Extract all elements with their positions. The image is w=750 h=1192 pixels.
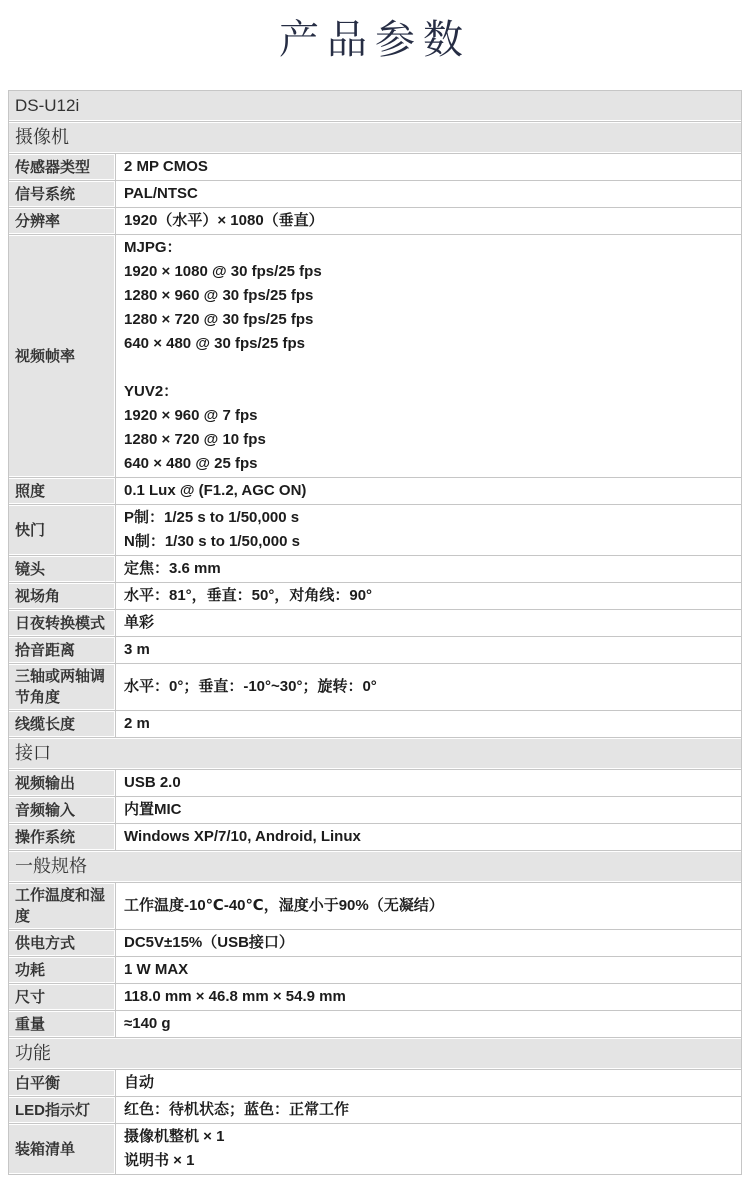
spec-row: 功耗1 W MAX (9, 957, 741, 984)
spec-row-value: 水平：0°；垂直：-10°~30°；旋转：0° (116, 664, 741, 710)
spec-value-line: ≈140 g (124, 1012, 731, 1036)
spec-row-label: 镜头 (9, 556, 116, 582)
spec-row-value: 1 W MAX (116, 957, 741, 983)
spec-row: 尺寸118.0 mm × 46.8 mm × 54.9 mm (9, 984, 741, 1011)
spec-row: 重量≈140 g (9, 1011, 741, 1038)
spec-value-line: 红色：待机状态；蓝色：正常工作 (124, 1098, 731, 1122)
spec-row: 三轴或两轴调节角度水平：0°；垂直：-10°~30°；旋转：0° (9, 664, 741, 711)
spec-value-line: PAL/NTSC (124, 182, 731, 206)
spec-value-line: 1920 × 1080 @ 30 fps/25 fps (124, 260, 731, 284)
spec-row-label: 视频输出 (9, 770, 116, 796)
spec-row: 拾音距离3 m (9, 637, 741, 664)
spec-row: 视频输出USB 2.0 (9, 770, 741, 797)
spec-value-line: MJPG： (124, 236, 731, 260)
spec-row-label: 功耗 (9, 957, 116, 983)
spec-row-label: 视场角 (9, 583, 116, 609)
spec-value-line: 摄像机整机 × 1 (124, 1125, 731, 1149)
spec-row: 信号系统PAL/NTSC (9, 181, 741, 208)
spec-value-line: 1920 × 960 @ 7 fps (124, 404, 731, 428)
spec-value-line: YUV2： (124, 380, 731, 404)
spec-row-value: Windows XP/7/10, Android, Linux (116, 824, 741, 850)
spec-row: 操作系统Windows XP/7/10, Android, Linux (9, 824, 741, 851)
spec-row: 白平衡自动 (9, 1070, 741, 1097)
spec-value-line: 水平：0°；垂直：-10°~30°；旋转：0° (124, 675, 731, 699)
spec-row-value: 单彩 (116, 610, 741, 636)
spec-row: 照度0.1 Lux @ (F1.2, AGC ON) (9, 478, 741, 505)
spec-value-line: USB 2.0 (124, 771, 731, 795)
spec-row-label: 白平衡 (9, 1070, 116, 1096)
product-spec-page: 产品参数 DS-U12i 摄像机传感器类型2 MP CMOS信号系统PAL/NT… (0, 14, 750, 1175)
spec-row-value: 2 MP CMOS (116, 154, 741, 180)
spec-row-label: 拾音距离 (9, 637, 116, 663)
spec-row-value: MJPG：1920 × 1080 @ 30 fps/25 fps1280 × 9… (116, 235, 741, 477)
product-model-row: DS-U12i (9, 91, 741, 122)
spec-row-value: ≈140 g (116, 1011, 741, 1037)
spec-row: 镜头定焦：3.6 mm (9, 556, 741, 583)
spec-row: 音频输入内置MIC (9, 797, 741, 824)
spec-section-header: 接口 (9, 738, 741, 770)
spec-row-label: 装箱清单 (9, 1124, 116, 1174)
spec-row-label: 线缆长度 (9, 711, 116, 737)
spec-row-label: 工作温度和湿度 (9, 883, 116, 929)
spec-value-line: 0.1 Lux @ (F1.2, AGC ON) (124, 479, 731, 503)
spec-row: 视频帧率MJPG：1920 × 1080 @ 30 fps/25 fps1280… (9, 235, 741, 478)
spec-row-value: 摄像机整机 × 1说明书 × 1 (116, 1124, 741, 1174)
spec-row: 传感器类型2 MP CMOS (9, 154, 741, 181)
spec-value-line: 定焦：3.6 mm (124, 557, 731, 581)
spec-value-line: 工作温度-10℃-40℃，湿度小于90%（无凝结） (124, 894, 731, 918)
spec-row-value: 定焦：3.6 mm (116, 556, 741, 582)
spec-row-value: P制：1/25 s to 1/50,000 sN制：1/30 s to 1/50… (116, 505, 741, 555)
spec-row-value: 内置MIC (116, 797, 741, 823)
spec-value-line: 640 × 480 @ 25 fps (124, 452, 731, 476)
spec-row-label: 音频输入 (9, 797, 116, 823)
spec-row-value: 1920（水平）× 1080（垂直） (116, 208, 741, 234)
spec-section-header: 功能 (9, 1038, 741, 1070)
spec-row: 供电方式DC5V±15%（USB接口） (9, 930, 741, 957)
spec-row-label: 供电方式 (9, 930, 116, 956)
spec-value-line: 单彩 (124, 611, 731, 635)
spec-row-label: 三轴或两轴调节角度 (9, 664, 116, 710)
spec-row: 快门P制：1/25 s to 1/50,000 sN制：1/30 s to 1/… (9, 505, 741, 556)
spec-value-line: P制：1/25 s to 1/50,000 s (124, 506, 731, 530)
spec-row: 线缆长度2 m (9, 711, 741, 738)
spec-value-line: Windows XP/7/10, Android, Linux (124, 825, 731, 849)
spec-row-label: 日夜转换模式 (9, 610, 116, 636)
spec-value-line: 118.0 mm × 46.8 mm × 54.9 mm (124, 985, 731, 1009)
spec-row: 工作温度和湿度工作温度-10℃-40℃，湿度小于90%（无凝结） (9, 883, 741, 930)
spec-row-label: 照度 (9, 478, 116, 504)
spec-value-line: 1280 × 720 @ 30 fps/25 fps (124, 308, 731, 332)
spec-row-value: 118.0 mm × 46.8 mm × 54.9 mm (116, 984, 741, 1010)
spec-row-value: PAL/NTSC (116, 181, 741, 207)
product-model: DS-U12i (15, 96, 79, 115)
spec-row-label: 视频帧率 (9, 235, 116, 477)
spec-section-header: 摄像机 (9, 122, 741, 154)
spec-row-label: 重量 (9, 1011, 116, 1037)
spec-row-value: 3 m (116, 637, 741, 663)
spec-value-line: 1280 × 720 @ 10 fps (124, 428, 731, 452)
spec-row-label: 传感器类型 (9, 154, 116, 180)
spec-row-label: 快门 (9, 505, 116, 555)
spec-value-line (124, 356, 731, 380)
spec-value-line: 水平：81°，垂直：50°，对角线：90° (124, 584, 731, 608)
spec-section-header: 一般规格 (9, 851, 741, 883)
spec-row-value: 0.1 Lux @ (F1.2, AGC ON) (116, 478, 741, 504)
spec-row: 分辨率1920（水平）× 1080（垂直） (9, 208, 741, 235)
page-title: 产品参数 (0, 14, 750, 66)
spec-row-value: 水平：81°，垂直：50°，对角线：90° (116, 583, 741, 609)
spec-row-label: 尺寸 (9, 984, 116, 1010)
spec-value-line: DC5V±15%（USB接口） (124, 931, 731, 955)
spec-row-value: DC5V±15%（USB接口） (116, 930, 741, 956)
spec-value-line: 自动 (124, 1071, 731, 1095)
spec-row-value: 红色：待机状态；蓝色：正常工作 (116, 1097, 741, 1123)
spec-row-label: 操作系统 (9, 824, 116, 850)
spec-row: 日夜转换模式单彩 (9, 610, 741, 637)
spec-value-line: 640 × 480 @ 30 fps/25 fps (124, 332, 731, 356)
spec-row-label: 分辨率 (9, 208, 116, 234)
spec-value-line: 1280 × 960 @ 30 fps/25 fps (124, 284, 731, 308)
spec-value-line: 1 W MAX (124, 958, 731, 982)
spec-value-line: 1920（水平）× 1080（垂直） (124, 209, 731, 233)
spec-row-value: 2 m (116, 711, 741, 737)
spec-value-line: 说明书 × 1 (124, 1149, 731, 1173)
spec-row-value: 自动 (116, 1070, 741, 1096)
spec-value-line: N制：1/30 s to 1/50,000 s (124, 530, 731, 554)
spec-row-label: 信号系统 (9, 181, 116, 207)
spec-value-line: 3 m (124, 638, 731, 662)
spec-row-label: LED指示灯 (9, 1097, 116, 1123)
spec-table: DS-U12i 摄像机传感器类型2 MP CMOS信号系统PAL/NTSC分辨率… (8, 90, 742, 1175)
spec-row: 装箱清单摄像机整机 × 1说明书 × 1 (9, 1124, 741, 1174)
spec-value-line: 2 MP CMOS (124, 155, 731, 179)
spec-value-line: 内置MIC (124, 798, 731, 822)
spec-row: LED指示灯红色：待机状态；蓝色：正常工作 (9, 1097, 741, 1124)
spec-value-line: 2 m (124, 712, 731, 736)
spec-row-value: USB 2.0 (116, 770, 741, 796)
spec-row: 视场角水平：81°，垂直：50°，对角线：90° (9, 583, 741, 610)
spec-row-value: 工作温度-10℃-40℃，湿度小于90%（无凝结） (116, 883, 741, 929)
